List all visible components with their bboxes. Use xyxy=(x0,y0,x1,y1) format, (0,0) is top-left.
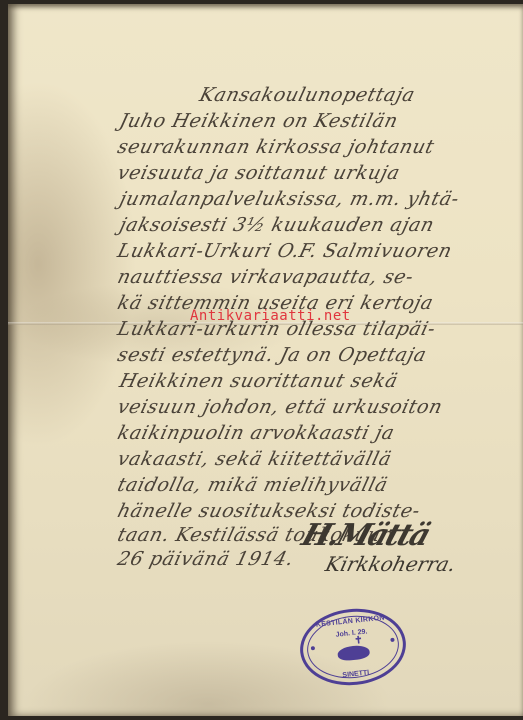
text-line: 26 päivänä 1914. xyxy=(115,548,296,570)
signature: H.Mättä xyxy=(297,518,433,553)
scanned-letter-page: KansakoulunopettajaJuho Heikkinen on Kes… xyxy=(8,4,523,716)
text-line: seurakunnan kirkossa johtanut xyxy=(115,136,437,158)
text-line: sesti estettynä. Ja on Opettaja xyxy=(115,344,429,366)
watermark: Antikvariaatti.net xyxy=(190,308,351,324)
signature-title: Kirkkoherra. xyxy=(323,552,458,576)
text-line: taidolla, mikä mielihyvällä xyxy=(115,474,390,496)
text-line: kaikinpuolin arvokkaasti ja xyxy=(115,422,397,444)
church-seal-stamp: KESTILÄN KIRKON Joh. I. 29. ✝ SINETTI xyxy=(296,604,409,691)
text-line: Heikkinen suorittanut sekä xyxy=(117,370,400,392)
text-line: vakaasti, sekä kiitettävällä xyxy=(115,448,394,470)
text-line: jumalanpalveluksissa, m.m. yhtä- xyxy=(117,188,461,210)
text-line: nauttiessa virkavapautta, se- xyxy=(115,266,416,288)
text-line: veisuun johdon, että urkusoiton xyxy=(115,396,445,418)
text-line: Kansakoulunopettaja xyxy=(197,84,417,106)
text-line: Juho Heikkinen on Kestilän xyxy=(117,110,400,132)
text-line: veisuuta ja soittanut urkuja xyxy=(115,162,402,184)
text-line: jaksoisesti 3½ kuukauden ajan xyxy=(117,214,436,236)
text-line: Lukkari-Urkuri O.F. Salmivuoren xyxy=(115,240,454,262)
